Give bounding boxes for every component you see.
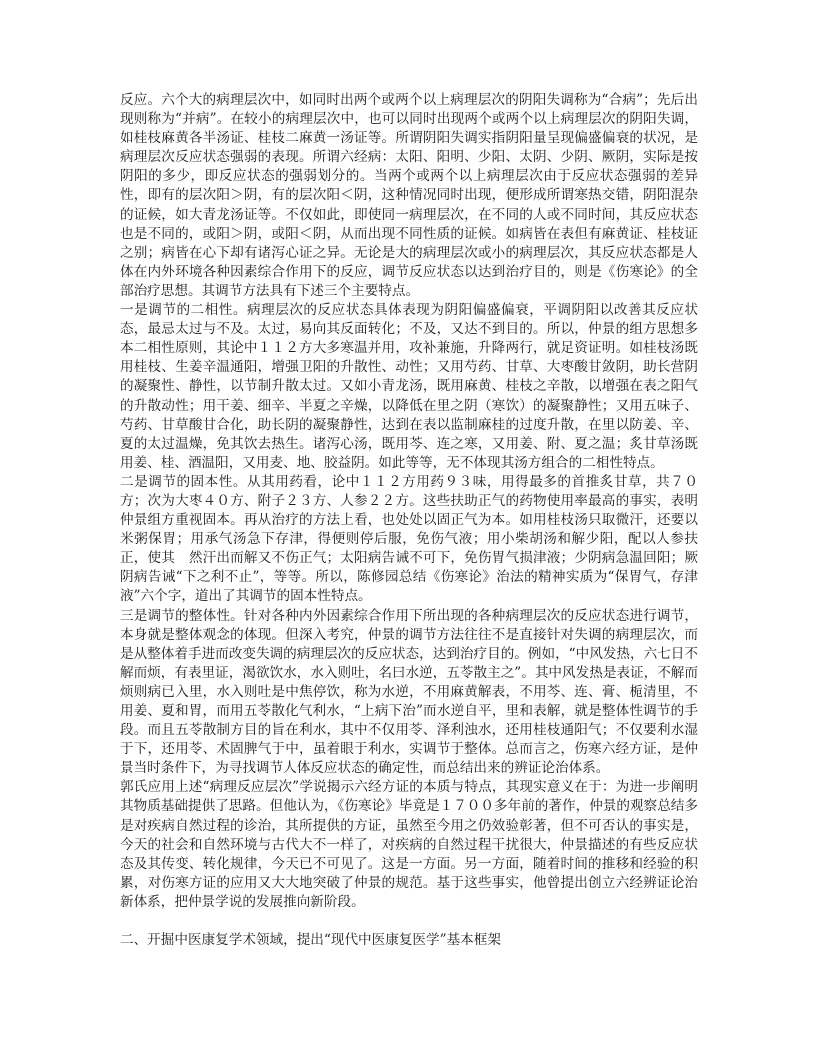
paragraph-root-consolidation: 二是调节的固本性。从其用药看，论中１１２方用药９３味，用得最多的首推炙甘草，共７… bbox=[120, 473, 698, 607]
paragraph-spacer bbox=[120, 912, 698, 931]
paragraph-guo-significance: 郭氏应用上述“病理反应层次”学说揭示六经方证的本质与特点，其现实意义在于：为进一… bbox=[120, 778, 698, 912]
section-heading: 二、开掘中医康复学术领域，提出“现代中医康复医学”基本框架 bbox=[120, 931, 698, 950]
document-page: 反应。六个大的病理层次中，如同时出两个或两个以上病理层次的阴阳失调称为“合病”；… bbox=[120, 91, 698, 950]
paragraph-reaction-states: 反应。六个大的病理层次中，如同时出两个或两个以上病理层次的阴阳失调称为“合病”；… bbox=[120, 91, 698, 301]
paragraph-holistic-regulation: 三是调节的整体性。针对各种内外因素综合作用下所出现的各种病理层次的反应状态进行调… bbox=[120, 607, 698, 779]
paragraph-biphasic-regulation: 一是调节的二相性。病理层次的反应状态具体表现为阴阳偏盛偏衰，平调阴阳以改善其反应… bbox=[120, 301, 698, 473]
